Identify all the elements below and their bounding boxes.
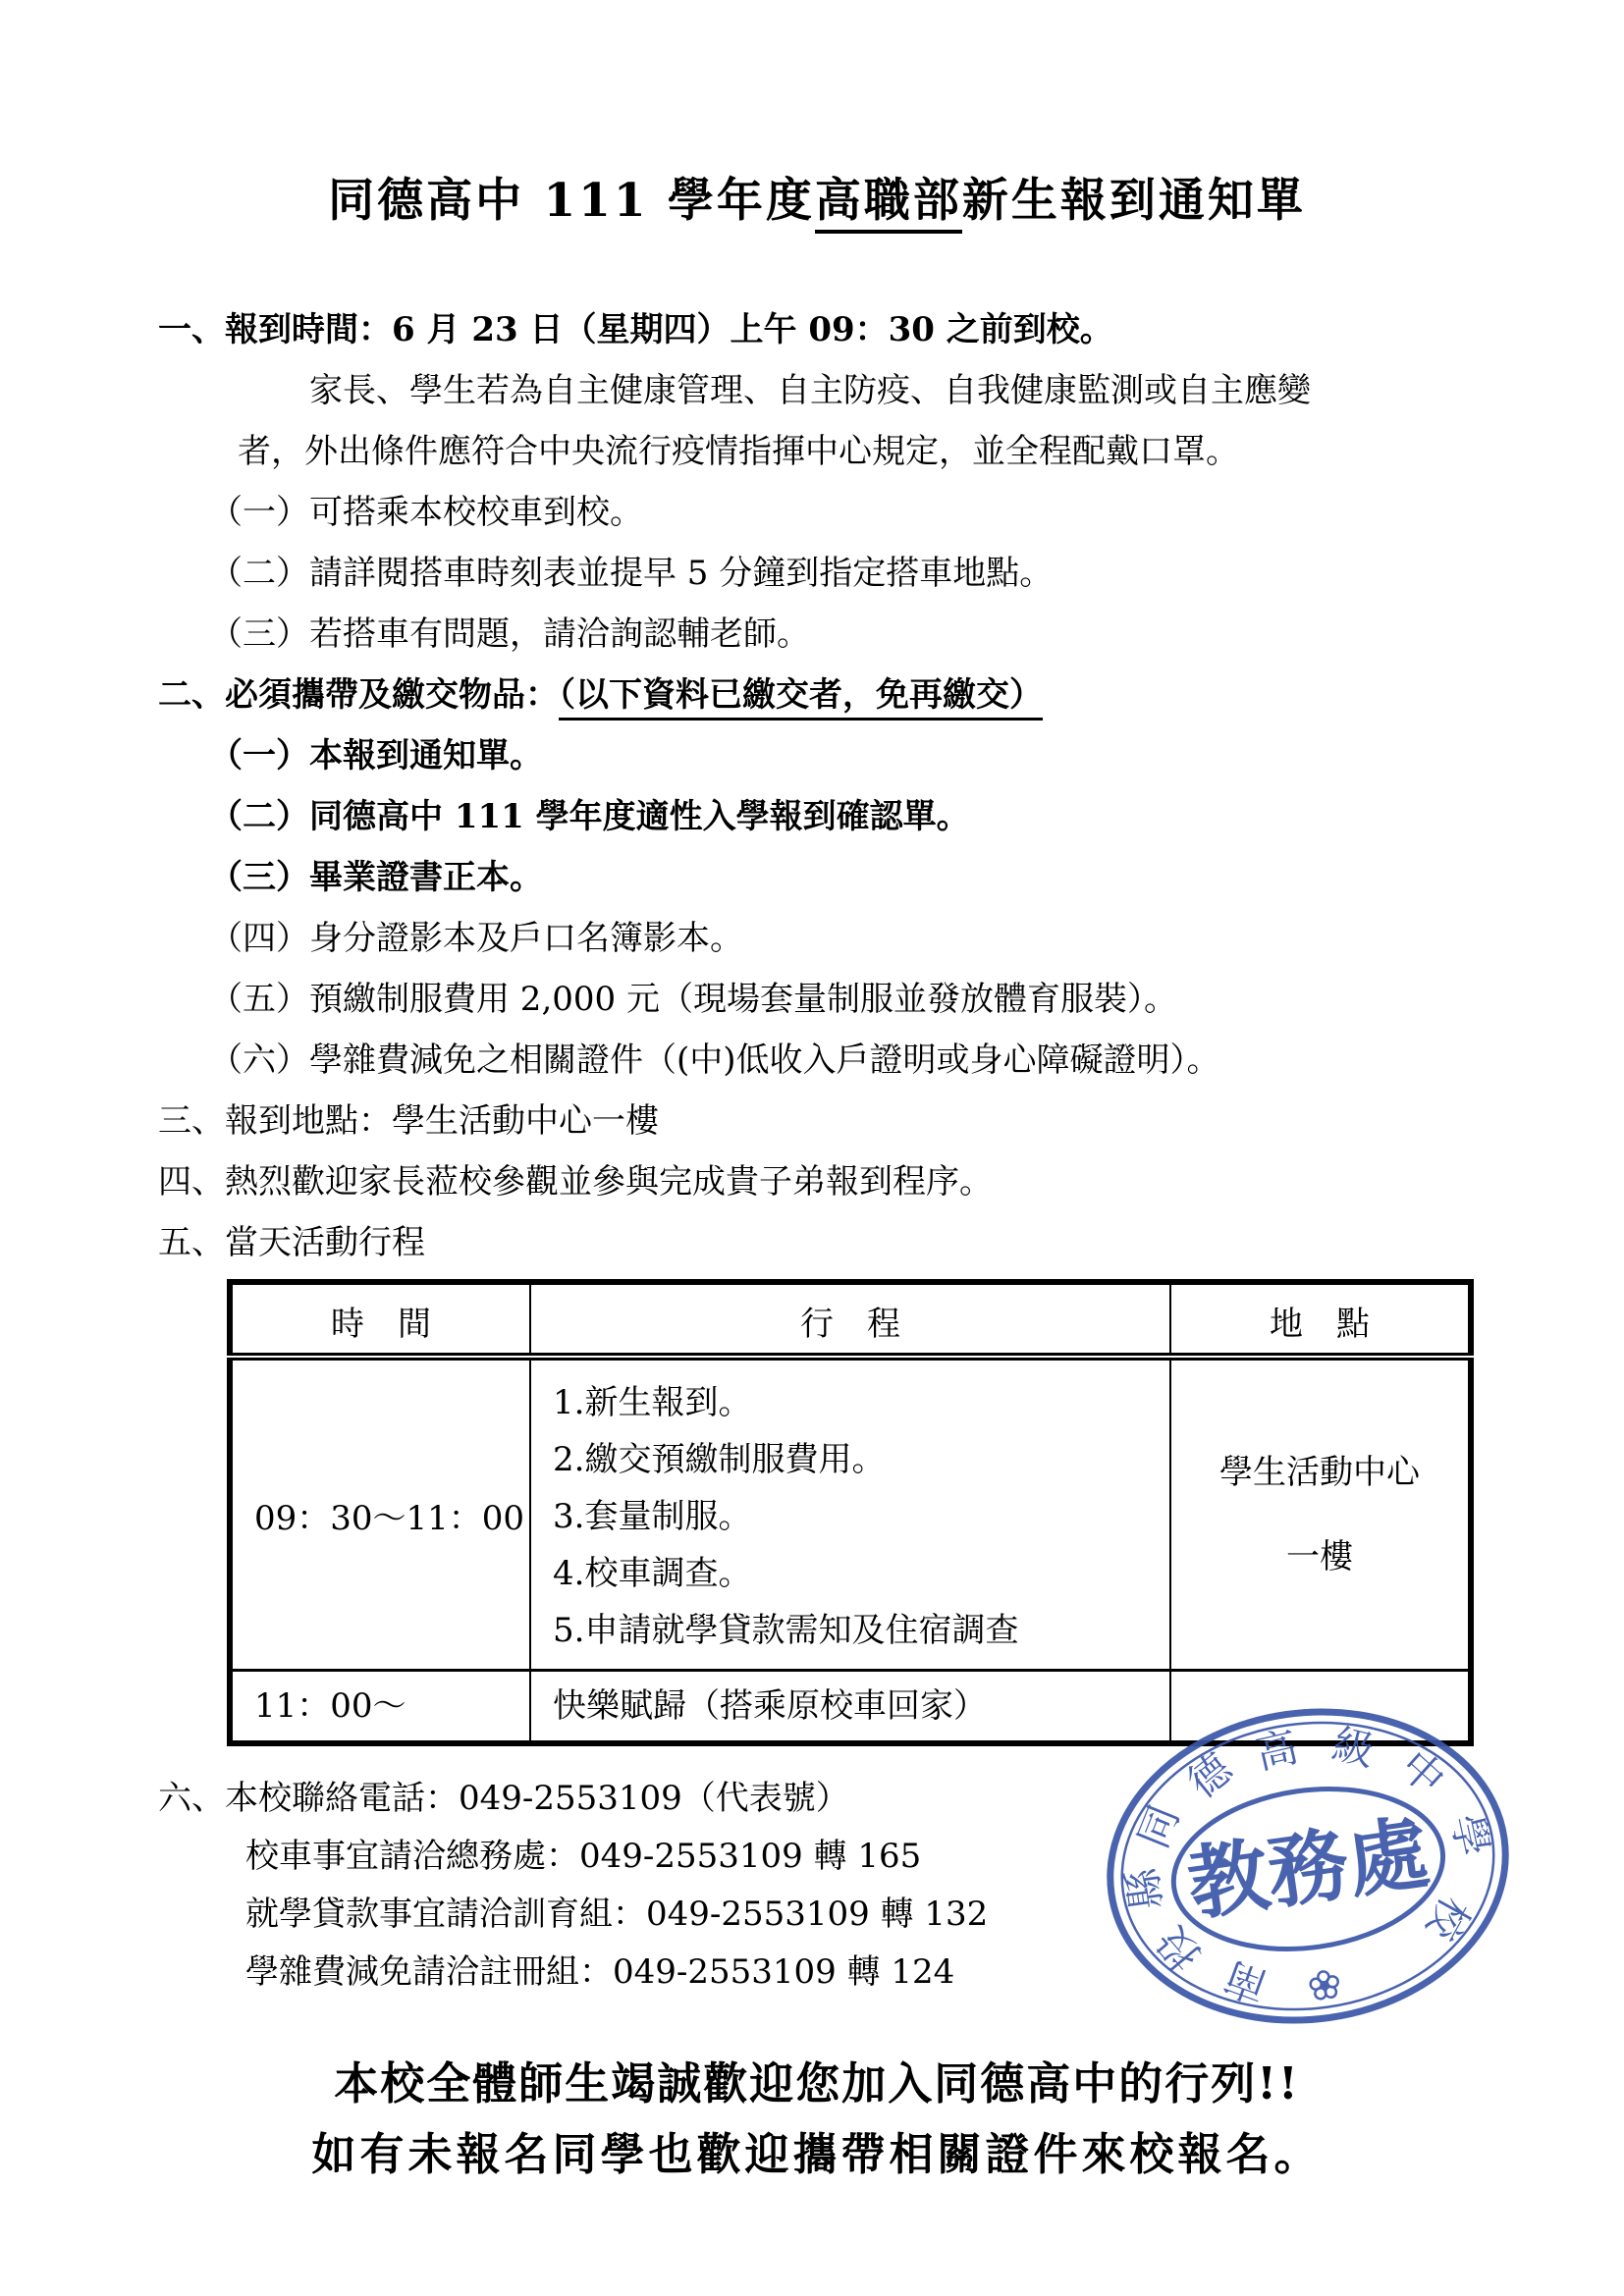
schedule-row-1-program: 1.新生報到。 2.繳交預繳制服費用。 3.套量制服。 4.校車調查。 5.申請…: [530, 1357, 1170, 1671]
schedule-row-2-program: 快樂賦歸（搭乘原校車回家）: [530, 1671, 1170, 1744]
schedule-row-2: 11：00～ 快樂賦歸（搭乘原校車回家）: [230, 1671, 1471, 1744]
section-3-heading: 三、報到地點：學生活動中心一樓: [108, 1091, 1526, 1151]
program-step-2: 2.繳交預繳制服費用。: [553, 1431, 1169, 1488]
closing-message: 本校全體師生竭誠歡迎您加入同德高中的行列!! 如有未報名同學也歡迎攜帶相關證件來…: [108, 2049, 1526, 2190]
section-6-heading: 六、本校聯絡電話：049-2553109（代表號）: [108, 1770, 1526, 1828]
section-2-item-2: （二）同德高中 111 學年度適性入學報到確認單。: [108, 786, 1526, 847]
schedule-row-2-location: [1170, 1671, 1471, 1744]
schedule-row-1: 09：30～11：00 1.新生報到。 2.繳交預繳制服費用。 3.套量制服。 …: [230, 1357, 1471, 1671]
page-title: 同德高中 111 學年度高職部新生報到通知單: [108, 172, 1526, 231]
section-2-item-6: （六）學雜費減免之相關證件（(中)低收入戶證明或身心障礙證明）。: [108, 1030, 1526, 1091]
contact-line-tuition: 學雜費減免請洽註冊組：049-2553109 轉 124: [108, 1944, 1526, 2002]
program-step-4: 4.校車調查。: [553, 1545, 1169, 1602]
contact-line-loan: 就學貸款事宜請洽訓育組：049-2553109 轉 132: [108, 1886, 1526, 1944]
section-2-heading-note: （以下資料已繳交者，免再繳交）: [559, 675, 1043, 721]
section-1-paragraph-line-1: 家長、學生若為自主健康管理、自主防疫、自我健康監測或自主應變: [108, 360, 1526, 421]
section-1-item-2: （二）請詳閱搭車時刻表並提早 5 分鐘到指定搭車地點。: [108, 543, 1526, 604]
section-1-item-3: （三）若搭車有問題，請洽詢認輔老師。: [108, 604, 1526, 665]
schedule-header-time: 時 間: [230, 1282, 530, 1357]
section-4-heading: 四、熱烈歡迎家長蒞校參觀並參與完成貴子弟報到程序。: [108, 1151, 1526, 1212]
section-1-paragraph-line-2: 者，外出條件應符合中央流行疫情指揮中心規定，並全程配戴口罩。: [108, 421, 1526, 482]
schedule-row-1-time: 09：30～11：00: [230, 1357, 530, 1671]
section-2-item-1: （一）本報到通知單。: [108, 725, 1526, 786]
section-2-heading: 二、必須攜帶及繳交物品：（以下資料已繳交者，免再繳交）: [108, 665, 1526, 725]
location-line-1: 學生活動中心: [1172, 1430, 1467, 1515]
program-step-5: 5.申請就學貸款需知及住宿調查: [553, 1602, 1169, 1659]
section-2-item-4: （四）身分證影本及戶口名簿影本。: [108, 908, 1526, 969]
section-2-item-5: （五）預繳制服費用 2,000 元（現場套量制服並發放體育服裝）。: [108, 969, 1526, 1030]
location-line-2: 一樓: [1172, 1515, 1467, 1599]
contact-line-bus: 校車事宜請洽總務處：049-2553109 轉 165: [108, 1828, 1526, 1886]
schedule-row-2-time: 11：00～: [230, 1671, 530, 1744]
section-6-contact-block: 六、本校聯絡電話：049-2553109（代表號） 校車事宜請洽總務處：049-…: [108, 1770, 1526, 2002]
program-step-3: 3.套量制服。: [553, 1488, 1169, 1545]
schedule-header-location: 地 點: [1170, 1282, 1471, 1357]
section-1-heading: 一、報到時間：6 月 23 日（星期四）上午 09：30 之前到校。: [108, 299, 1526, 360]
section-2-item-3: （三）畢業證書正本。: [108, 847, 1526, 908]
title-suffix: 新生報到通知單: [962, 174, 1306, 228]
schedule-row-1-location: 學生活動中心 一樓: [1170, 1357, 1471, 1671]
title-prefix: 同德高中 111 學年度: [328, 174, 815, 228]
section-2-heading-main: 二、必須攜帶及繳交物品：: [158, 675, 559, 715]
schedule-header-program: 行 程: [530, 1282, 1170, 1357]
schedule-header-row: 時 間 行 程 地 點: [230, 1282, 1471, 1357]
section-5-heading: 五、當天活動行程: [108, 1212, 1526, 1273]
schedule-table: 時 間 行 程 地 點 09：30～11：00 1.新生報到。 2.繳交預繳制服…: [227, 1279, 1474, 1746]
section-1-item-1: （一）可搭乘本校校車到校。: [108, 482, 1526, 543]
title-underlined-part: 高職部: [815, 174, 962, 234]
closing-line-2: 如有未報名同學也歡迎攜帶相關證件來校報名。: [108, 2119, 1526, 2190]
program-step-1: 1.新生報到。: [553, 1374, 1169, 1431]
document-page: 同德高中 111 學年度高職部新生報到通知單 一、報到時間：6 月 23 日（星…: [0, 0, 1624, 2296]
closing-line-1: 本校全體師生竭誠歡迎您加入同德高中的行列!!: [108, 2049, 1526, 2119]
